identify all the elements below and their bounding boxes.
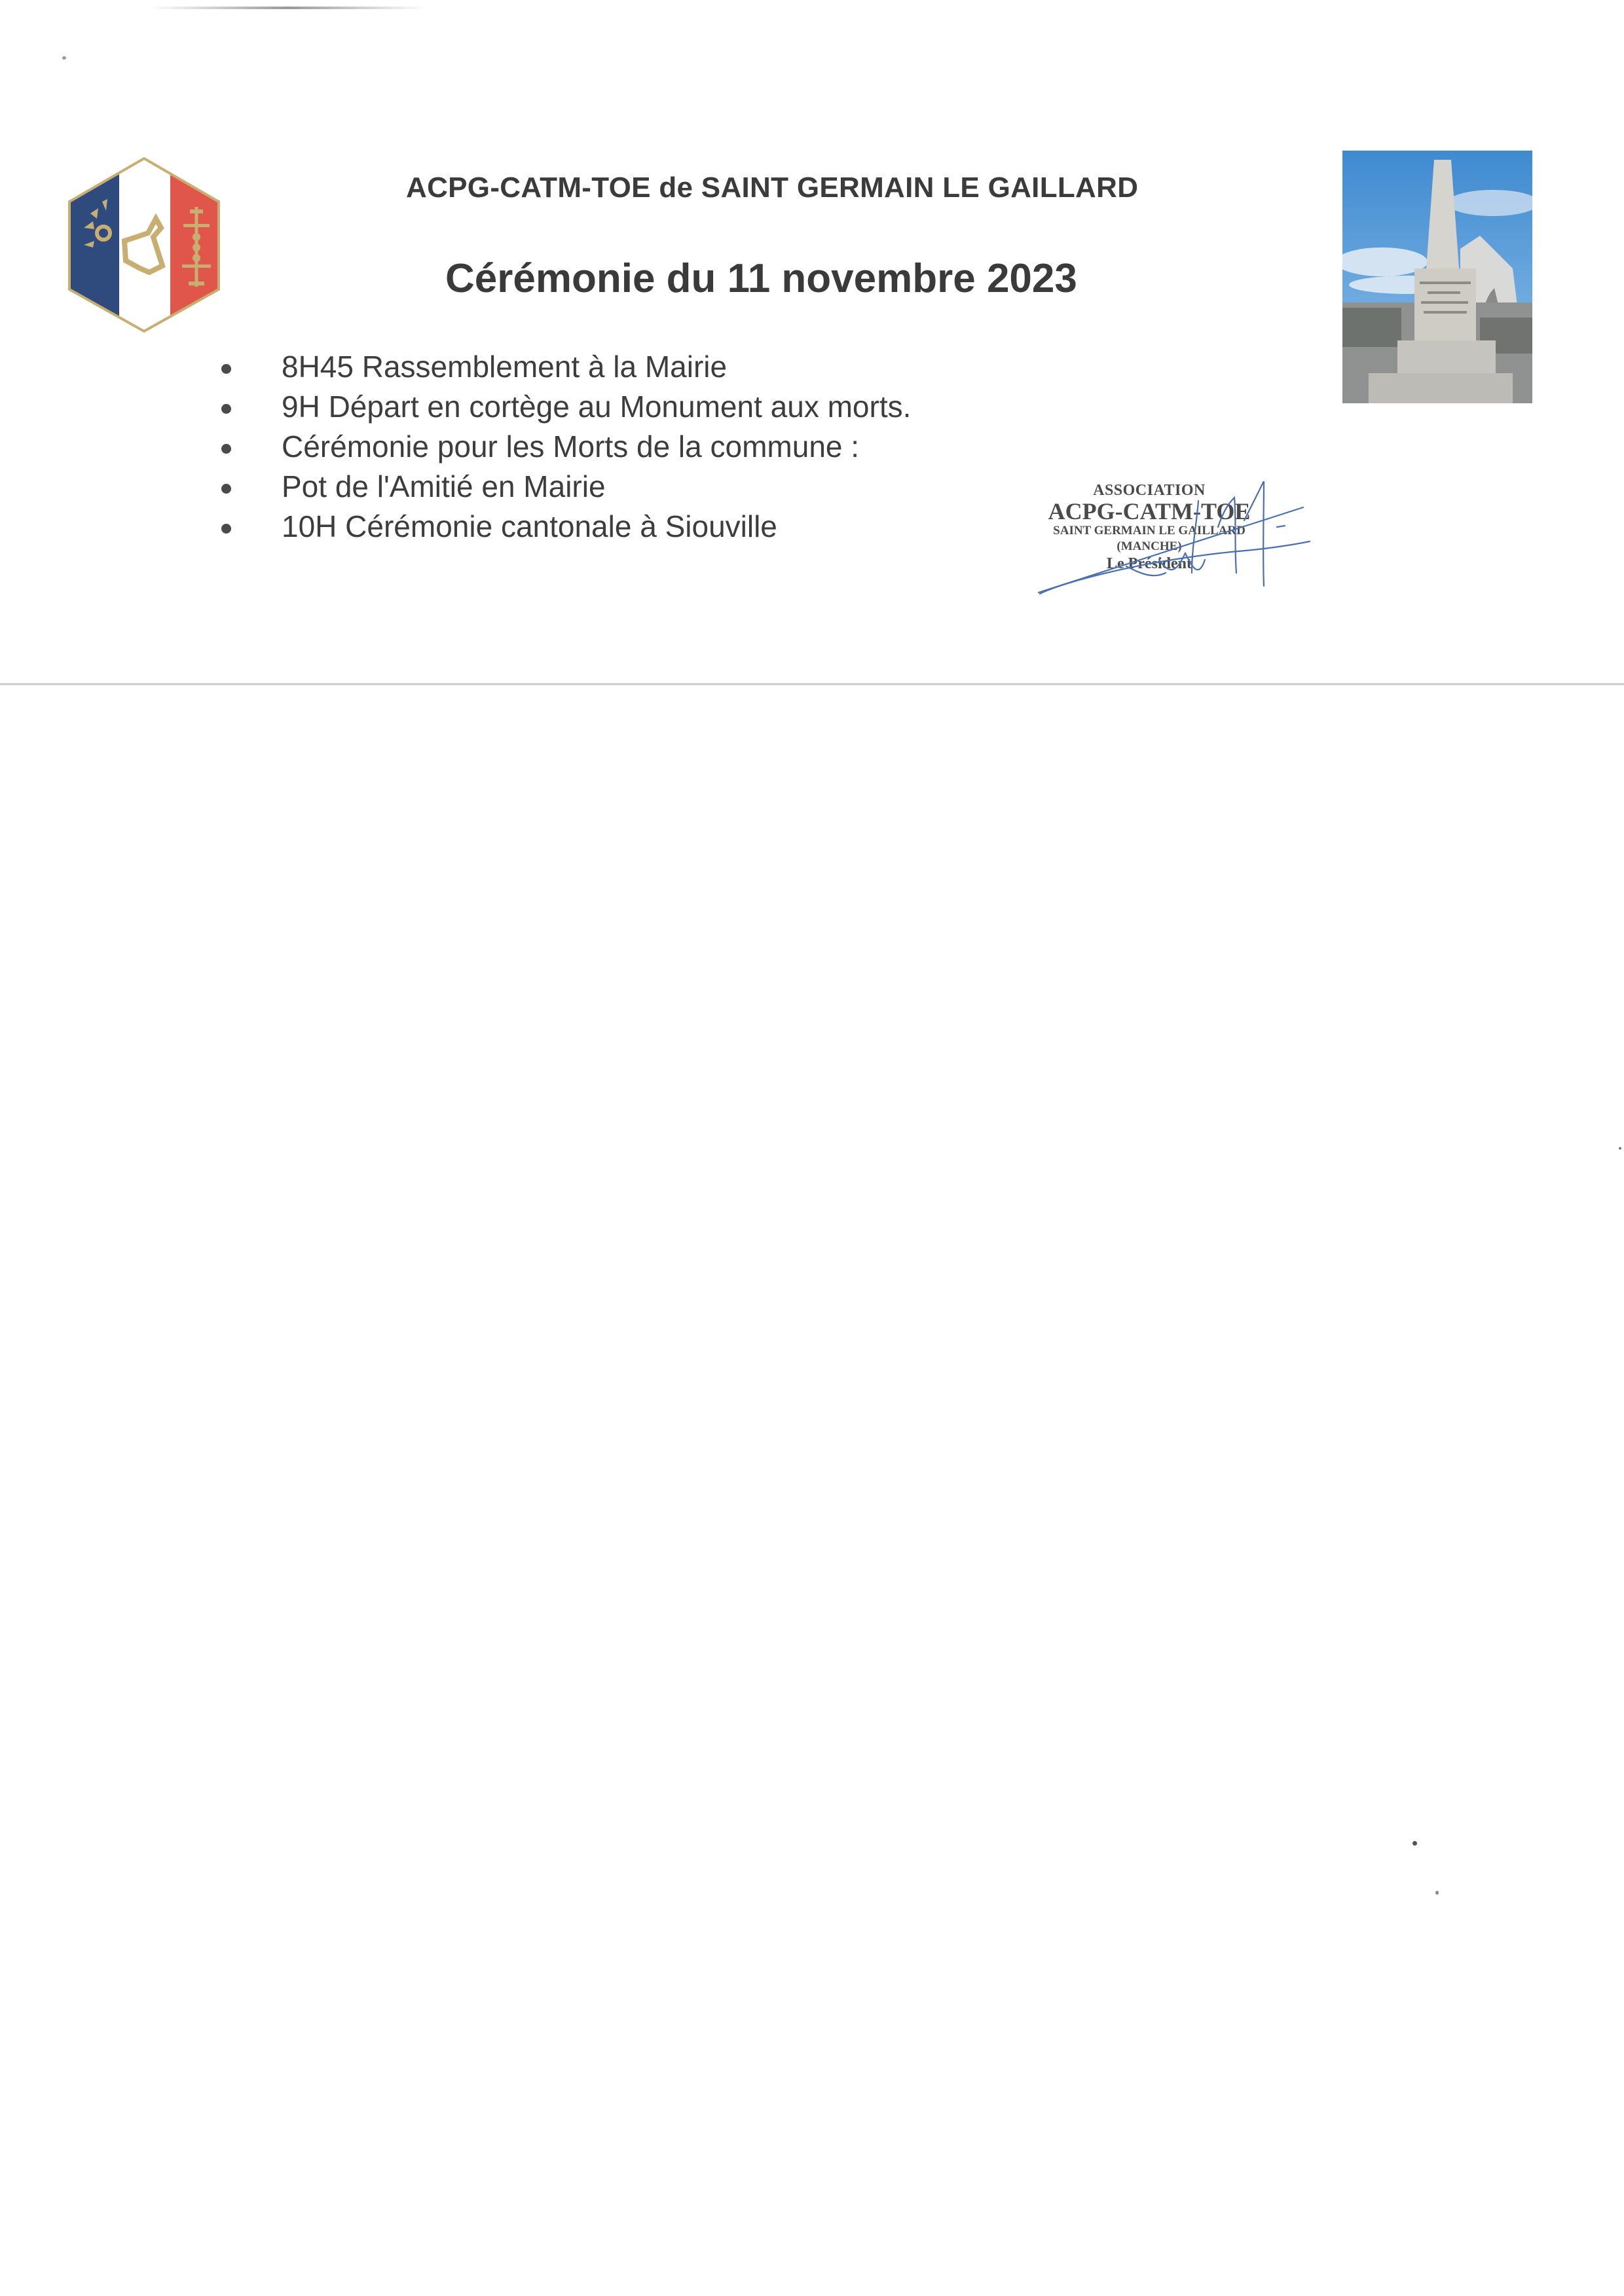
schedule-item: Pot de l'Amitié en Mairie (216, 467, 911, 507)
schedule-item-text: Pot de l'Amitié en Mairie (282, 469, 606, 503)
bullet-icon (221, 444, 231, 454)
schedule-item: Cérémonie pour les Morts de la commune : (216, 427, 911, 467)
schedule-item: 8H45 Rassemblement à la Mairie (216, 347, 911, 387)
scan-speck (1619, 1147, 1621, 1150)
scan-speck (1435, 1891, 1439, 1895)
schedule-item-text: 10H Cérémonie cantonale à Siouville (282, 509, 777, 543)
monument-image-icon (1342, 151, 1532, 403)
war-memorial-photo (1342, 151, 1532, 403)
bullet-icon (221, 524, 231, 534)
scan-speck (62, 56, 66, 60)
association-stamp: ASSOCIATION ACPG-CATM-TOE SAINT GERMAIN … (1028, 481, 1316, 612)
schedule-item: 10H Cérémonie cantonale à Siouville (216, 507, 911, 547)
signature-icon (1028, 481, 1316, 612)
schedule-item-text: 9H Départ en cortège au Monument aux mor… (282, 390, 911, 424)
bullet-icon (221, 364, 231, 374)
schedule-item-text: Cérémonie pour les Morts de la commune : (282, 429, 859, 464)
bullet-icon (221, 404, 231, 414)
scan-speck (1412, 1841, 1417, 1846)
schedule-item-text: 8H45 Rassemblement à la Mairie (282, 350, 727, 384)
fold-line (0, 683, 1624, 685)
schedule-list: 8H45 Rassemblement à la Mairie 9H Départ… (216, 347, 911, 547)
scan-edge-mark (151, 7, 426, 9)
event-title: Cérémonie du 11 novembre 2023 (445, 255, 1077, 302)
schedule-item: 9H Départ en cortège au Monument aux mor… (216, 387, 911, 427)
bullet-icon (221, 484, 231, 494)
